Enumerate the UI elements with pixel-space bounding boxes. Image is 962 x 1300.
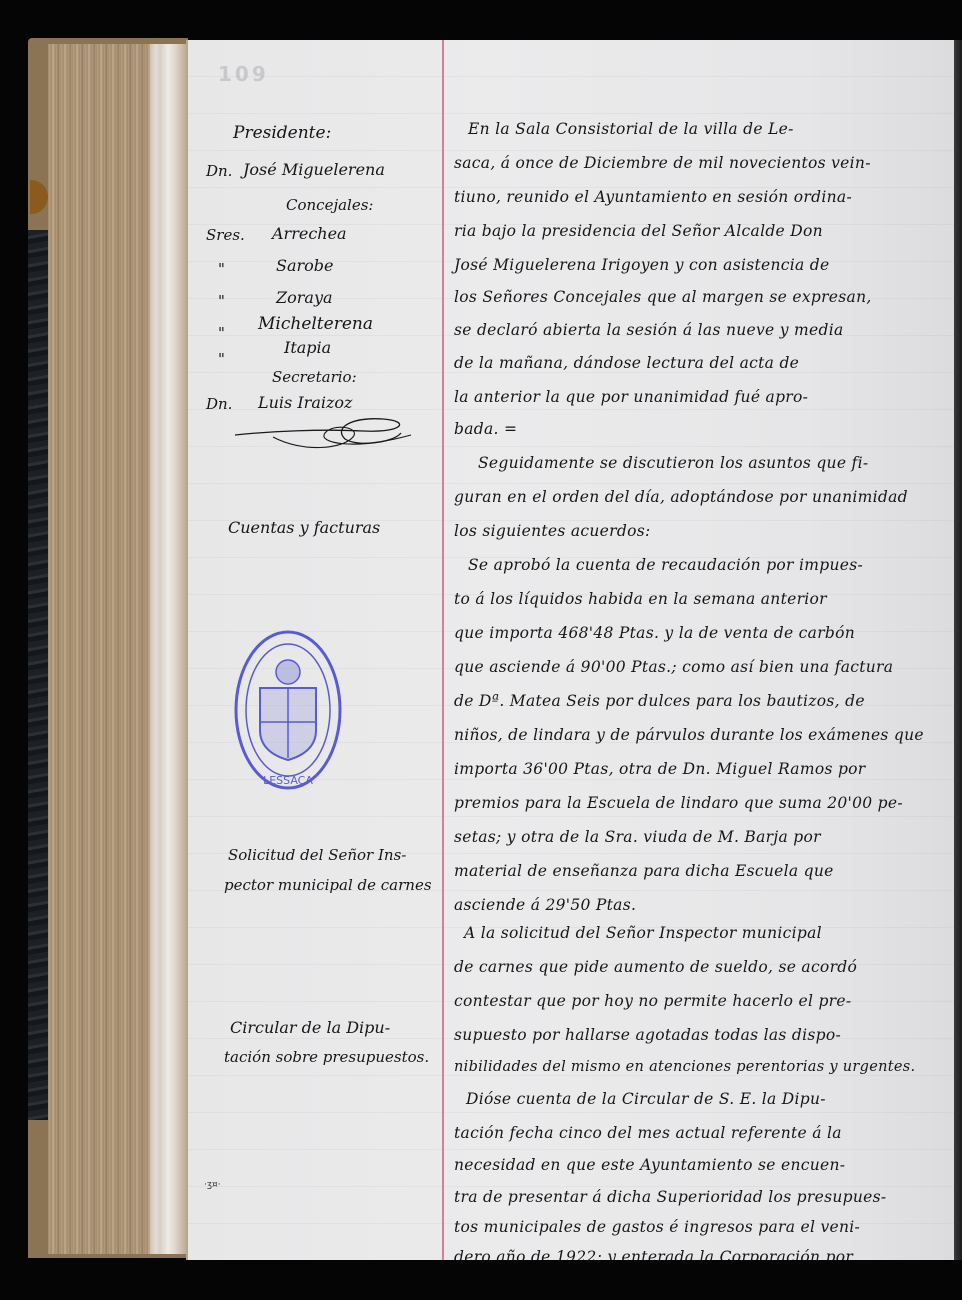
body-line: A la solicitud del Señor Inspector munic… <box>464 926 822 942</box>
page-stack-light-edge <box>150 44 188 1254</box>
margin-note-inspector-1: Solicitud del Señor Ins- <box>228 848 406 863</box>
body-line: de Dª. Matea Seis por dulces para los ba… <box>454 694 865 710</box>
ledger-page: 109 Presidente: Dn. José Miguelerena Con… <box>186 40 954 1260</box>
body-line: tación fecha cinco del mes actual refere… <box>454 1126 842 1142</box>
body-line: guran en el orden del día, adoptándose p… <box>454 490 908 506</box>
body-line: se declaró abierta la sesión á las nueve… <box>454 323 844 339</box>
attendee-title: " <box>218 326 225 341</box>
svg-text:LESSACA: LESSACA <box>263 774 313 787</box>
body-line: los siguientes acuerdos: <box>454 524 651 540</box>
attendee-name: Itapia <box>284 340 331 356</box>
body-line: tiuno, reunido el Ayuntamiento en sesión… <box>454 190 852 206</box>
attendee-name: Michelterena <box>258 316 373 333</box>
body-line: premios para la Escuela de lindaro que s… <box>454 796 903 812</box>
pencil-mark: ·ʒ¤· <box>204 1180 221 1190</box>
role-secretary: Secretario: <box>272 370 357 385</box>
body-line: de la mañana, dándose lectura del acta d… <box>454 356 799 372</box>
body-line: contestar que por hoy no permite hacerlo… <box>454 994 851 1010</box>
body-line: material de enseñanza para dicha Escuela… <box>454 864 834 880</box>
margin-note-circular-1: Circular de la Dipu- <box>230 1020 390 1036</box>
body-line: Dióse cuenta de la Circular de S. E. la … <box>466 1092 826 1108</box>
body-line: necesidad en que este Ayuntamiento se en… <box>454 1158 845 1174</box>
body-line: nibilidades del mismo en atenciones pere… <box>454 1060 915 1075</box>
page-number: 109 <box>218 62 269 86</box>
body-line: importa 36'00 Ptas, otra de Dn. Miguel R… <box>454 762 866 778</box>
attendee-name: Arrechea <box>272 226 347 242</box>
body-line: Se aprobó la cuenta de recaudación por i… <box>468 558 863 574</box>
attendee-title: " <box>218 352 225 367</box>
body-line: tos municipales de gastos é ingresos par… <box>454 1220 860 1236</box>
attendee-title: Sres. <box>206 228 245 243</box>
attendee-name: Luis Iraizoz <box>258 395 352 411</box>
attendee-title: Dn. <box>206 397 232 412</box>
body-line: supuesto por hallarse agotadas todas las… <box>454 1028 841 1044</box>
body-line: que importa 468'48 Ptas. y la de venta d… <box>454 626 855 642</box>
margin-rule <box>442 40 444 1260</box>
margin-note-inspector-2: pector municipal de carnes <box>224 878 432 893</box>
body-line: tra de presentar á dicha Superioridad lo… <box>454 1190 886 1206</box>
role-president: Presidente: <box>233 125 331 142</box>
attendee-name: Sarobe <box>276 258 334 274</box>
body-line: bada. = <box>454 422 517 438</box>
body-line: to á los líquidos habida en la semana an… <box>454 592 827 608</box>
attendee-name: Zoraya <box>276 290 333 306</box>
body-line: dero año de 1922; y enterada la Corporac… <box>454 1250 853 1260</box>
body-line: niños, de lindara y de párvulos durante … <box>454 728 924 744</box>
body-line: ria bajo la presidencia del Señor Alcald… <box>454 224 823 240</box>
attendee-title: " <box>218 294 225 309</box>
body-line: Seguidamente se discutieron los asuntos … <box>478 456 868 472</box>
body-line: José Miguelerena Irigoyen y con asistenc… <box>454 258 829 274</box>
margin-note-accounts: Cuentas y facturas <box>228 520 380 536</box>
body-line: los Señores Concejales que al margen se … <box>454 290 872 306</box>
attendee-title: Dn. <box>206 164 232 179</box>
body-line: de carnes que pide aumento de sueldo, se… <box>454 960 857 976</box>
attendee-title: " <box>218 262 225 277</box>
role-councillors: Concejales: <box>286 198 373 213</box>
body-line: setas; y otra de la Sra. viuda de M. Bar… <box>454 830 821 846</box>
coat-of-arms-stamp-icon: LESSACA <box>232 626 344 794</box>
margin-note-circular-2: tación sobre presupuestos. <box>224 1050 429 1065</box>
body-line: saca, á once de Diciembre de mil novecie… <box>454 156 871 172</box>
body-line: que asciende á 90'00 Ptas.; como así bie… <box>454 660 893 676</box>
signature-flourish-icon <box>233 413 413 453</box>
body-line: asciende á 29'50 Ptas. <box>454 898 636 914</box>
municipal-stamp: LESSACA <box>232 626 344 794</box>
body-line: En la Sala Consistorial de la villa de L… <box>468 122 794 138</box>
body-line: la anterior la que por unanimidad fué ap… <box>454 390 808 406</box>
attendee-name: José Miguelerena <box>243 162 385 178</box>
